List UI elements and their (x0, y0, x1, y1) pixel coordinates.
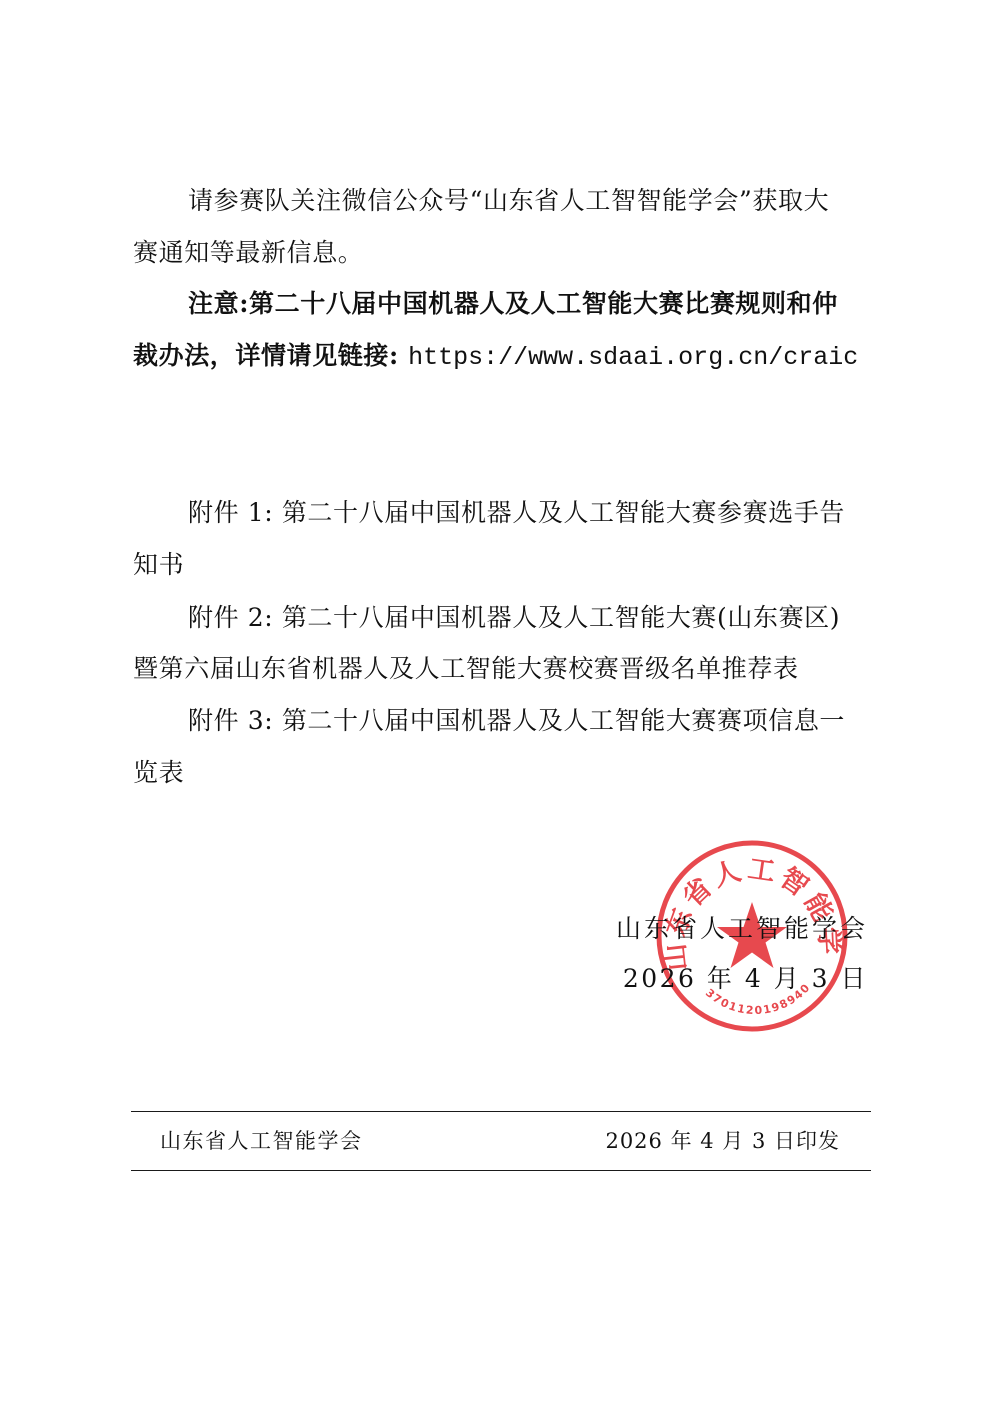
attachment-3-line-2: 览表 (133, 758, 184, 788)
footer-org-text: 山东省人工智能学会 (160, 1129, 363, 1153)
signature-date-text: 2026 年 4 月 3 日 (623, 964, 868, 993)
footer-top-rule (131, 1111, 871, 1112)
attachment-2-title-cont: 暨第六届山东省机器人及人工智能大赛校赛晋级名单推荐表 (133, 654, 799, 683)
signature-organization: 山东省人工智能学会 (616, 914, 868, 944)
rules-link[interactable]: https://www.sdaai.org.cn/craic (408, 343, 858, 372)
wechat-paragraph-line-1: 请参赛队关注微信公众号“山东省人工智智能学会”获取大 (188, 186, 869, 216)
attachment-3-line-1: 附件 3: 第二十八届中国机器人及人工智能大赛赛项信息一 (188, 706, 845, 736)
footer-organization: 山东省人工智能学会 (160, 1128, 363, 1154)
footer-bottom-rule (131, 1170, 871, 1171)
signature-date: 2026 年 4 月 3 日 (623, 964, 868, 994)
attachment-2-line-2: 暨第六届山东省机器人及人工智能大赛校赛晋级名单推荐表 (133, 654, 799, 684)
notice-paragraph-line-2: 裁办法，详情请见链接: https://www.sdaai.org.cn/cra… (133, 341, 858, 373)
wechat-text-2: 赛通知等最新信息。 (133, 238, 363, 267)
wechat-paragraph-line-2: 赛通知等最新信息。 (133, 238, 363, 268)
attachment-1-line-1: 附件 1: 第二十八届中国机器人及人工智能大赛参赛选手告 (188, 498, 845, 528)
footer-date-text: 2026 年 4 月 3 日印发 (605, 1129, 840, 1153)
attachment-3-title: 附件 3: 第二十八届中国机器人及人工智能大赛赛项信息一 (188, 706, 845, 735)
attachment-2-title: 附件 2: 第二十八届中国机器人及人工智能大赛(山东赛区) (188, 603, 840, 632)
notice-paragraph-line-1: 注意:第二十八届中国机器人及人工智能大赛比赛规则和仲 (188, 289, 838, 319)
attachment-1-line-2: 知书 (133, 550, 184, 580)
notice-text-1: 注意:第二十八届中国机器人及人工智能大赛比赛规则和仲 (188, 289, 838, 318)
wechat-text-1: 请参赛队关注微信公众号“山东省人工智智能学会”获取大 (188, 186, 829, 215)
signature-org-text: 山东省人工智能学会 (616, 914, 868, 943)
notice-text-2: 裁办法，详情请见链接: (133, 341, 408, 370)
attachment-2-line-1: 附件 2: 第二十八届中国机器人及人工智能大赛(山东赛区) (188, 603, 840, 633)
attachment-1-title: 附件 1: 第二十八届中国机器人及人工智能大赛参赛选手告 (188, 498, 845, 527)
footer-issue-date: 2026 年 4 月 3 日印发 (605, 1128, 840, 1154)
attachment-1-title-cont: 知书 (133, 550, 184, 579)
attachment-3-title-cont: 览表 (133, 758, 184, 787)
